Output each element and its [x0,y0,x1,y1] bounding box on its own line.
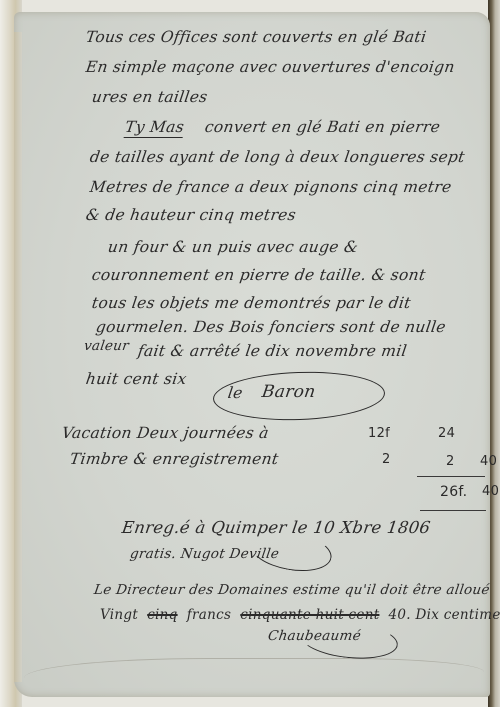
signature-baron: Baron [261,382,317,402]
account-row-2-rate: 2 [382,452,391,467]
account-total-cents: 40 [482,484,499,499]
body-line-12: valeur [83,338,130,354]
body-line-6: Metres de france a deux pignons cinq met… [89,178,453,196]
account-row-2-label: Timbre & enregistrement [69,450,280,468]
page-bottom-edge [24,658,484,689]
body-line-5: de tailles ayant de long à deux longuere… [89,148,466,166]
body-line-4: convert en glé Bati en pierre [204,118,442,136]
account-row-1-amount: 24 [438,426,455,441]
body-line-1: Tous ces Offices sont couverts en glé Ba… [85,28,428,46]
body-line-9: couronnement en pierre de taille. & sont [91,266,427,284]
account-row-2-amount: 2 [446,454,455,469]
section-heading-ty-mas: Ty Mas [124,118,186,138]
body-line-10: tous les objets me demontrés par le dit [91,294,412,312]
body-line-14: huit cent six [85,370,188,388]
director-note-struck-1: cinq [147,607,177,623]
sum-rule [417,476,485,477]
total-rule [420,510,486,511]
body-line-7: & de hauteur cinq metres [85,206,298,224]
account-row-2-cents: 40 [480,454,497,469]
director-note-line-2: Vingt cinq francs cinquante huit cent 40… [100,604,500,623]
signature-prefix: le [227,384,244,402]
account-total-amount: 26f. [440,484,467,500]
body-line-2: En simple maçone avec ouvertures d'encoi… [85,58,456,76]
body-line-3: ures en tailles [91,88,209,106]
account-row-1-label: Vacation Deux journées à [61,424,270,442]
director-note-francs: francs [187,607,231,623]
body-line-13: fait & arrêté le dix novembre mil [137,342,408,360]
director-note-suffix: 40. Dix centimes [389,607,500,623]
director-note-struck-2: cinquante huit cent [240,607,379,623]
body-line-8: un four & un puis avec auge & [107,238,360,256]
page-left-edge [14,32,22,682]
director-note-line-1: Le Directeur des Domaines estime qu'il d… [93,582,491,598]
body-line-11: gourmelen. Des Bois fonciers sont de nul… [95,318,447,336]
account-row-1-rate: 12f [368,426,390,441]
director-note-prefix: Vingt [100,607,138,623]
